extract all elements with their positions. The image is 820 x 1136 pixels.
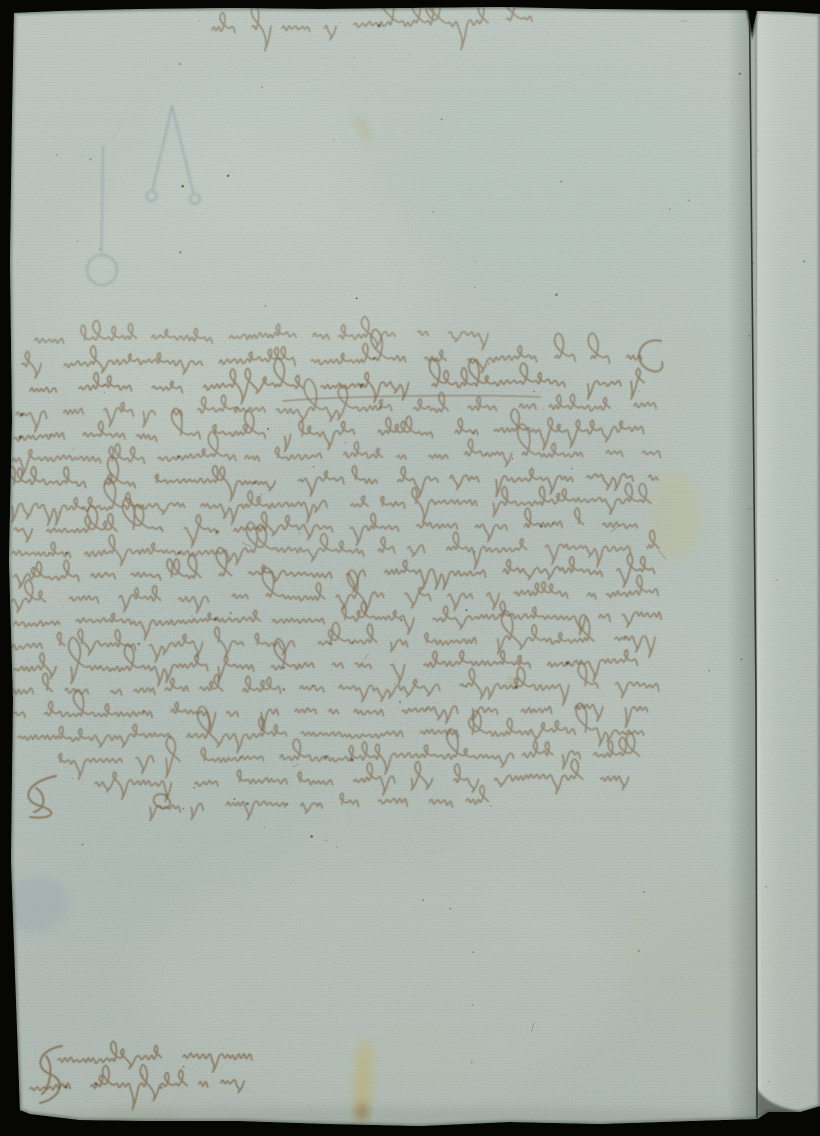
speck bbox=[72, 778, 74, 780]
speck bbox=[199, 20, 200, 21]
speck bbox=[394, 683, 395, 684]
speck bbox=[378, 93, 379, 94]
speck bbox=[356, 297, 358, 299]
ink-blot bbox=[177, 455, 180, 458]
speck bbox=[555, 293, 558, 296]
ink-blot bbox=[94, 1082, 97, 1085]
ink-blot bbox=[474, 551, 476, 553]
ink-blot bbox=[312, 685, 314, 687]
speck bbox=[246, 20, 247, 21]
speck bbox=[267, 428, 269, 430]
speck bbox=[593, 862, 594, 863]
speck bbox=[471, 1062, 473, 1064]
speck bbox=[299, 532, 301, 534]
ink-blot bbox=[426, 708, 428, 710]
manuscript-scan bbox=[0, 0, 820, 1136]
speck bbox=[441, 118, 443, 120]
speck bbox=[139, 143, 140, 144]
ink-blot bbox=[82, 508, 84, 510]
ink-blot bbox=[624, 636, 626, 638]
ink-blot bbox=[216, 530, 219, 533]
speck bbox=[490, 805, 492, 807]
speck bbox=[474, 287, 475, 288]
ink-blot bbox=[485, 454, 487, 456]
speck bbox=[449, 908, 451, 910]
speck bbox=[422, 899, 424, 901]
speck bbox=[638, 950, 640, 952]
speck bbox=[638, 390, 640, 392]
ink-blot bbox=[283, 667, 285, 669]
speck bbox=[73, 449, 75, 451]
speck bbox=[432, 211, 434, 213]
speck bbox=[234, 798, 236, 800]
speck bbox=[488, 363, 490, 365]
ink-blot bbox=[360, 384, 363, 387]
speck bbox=[674, 992, 675, 993]
speck bbox=[708, 670, 710, 672]
speck bbox=[89, 158, 91, 160]
speck bbox=[466, 686, 467, 687]
ink-blot bbox=[178, 552, 181, 555]
ink-blot bbox=[379, 407, 381, 409]
speck bbox=[230, 612, 233, 615]
speck bbox=[512, 458, 513, 459]
speck bbox=[344, 442, 345, 443]
speck bbox=[118, 365, 119, 366]
speck bbox=[465, 609, 467, 611]
speck bbox=[261, 494, 262, 495]
speck bbox=[560, 180, 562, 182]
speck bbox=[579, 278, 580, 279]
ink-blot bbox=[330, 643, 332, 645]
ink-blot bbox=[138, 643, 140, 645]
speck bbox=[310, 835, 313, 838]
speck bbox=[241, 503, 243, 505]
ink-blot bbox=[373, 357, 375, 359]
speck bbox=[27, 660, 28, 661]
ink-blot bbox=[253, 481, 256, 484]
speck bbox=[376, 317, 377, 318]
speck bbox=[472, 1004, 474, 1006]
speck bbox=[354, 56, 356, 58]
crease-shadow bbox=[727, 8, 757, 1122]
speck bbox=[474, 260, 476, 262]
ink-blot bbox=[103, 385, 105, 387]
speck bbox=[193, 787, 195, 789]
speck bbox=[571, 468, 573, 470]
ink-blot bbox=[566, 661, 570, 665]
ink-blot bbox=[400, 619, 402, 621]
ink-blot bbox=[65, 1086, 68, 1089]
ink-blot bbox=[98, 667, 99, 668]
ink-blot bbox=[378, 24, 381, 27]
speck bbox=[314, 645, 315, 646]
speck bbox=[178, 63, 180, 65]
speck bbox=[325, 839, 328, 842]
speck bbox=[336, 846, 338, 848]
fold-crease bbox=[727, 8, 820, 1122]
ink-blot bbox=[283, 688, 285, 690]
speck bbox=[472, 951, 474, 953]
speck bbox=[265, 305, 267, 307]
speck bbox=[220, 912, 221, 913]
speck bbox=[76, 239, 78, 241]
speck bbox=[191, 615, 193, 617]
ink-blot bbox=[325, 755, 328, 758]
speck bbox=[56, 154, 58, 156]
speck bbox=[141, 1074, 143, 1076]
ink-blot bbox=[214, 618, 217, 621]
speck bbox=[182, 1065, 184, 1067]
ink-blot bbox=[286, 803, 288, 805]
manuscript-scan-stage bbox=[0, 0, 820, 1136]
ink-blot bbox=[49, 434, 51, 436]
ink-blot bbox=[318, 803, 319, 804]
ink-blot bbox=[142, 710, 144, 712]
ink-blot bbox=[515, 686, 518, 689]
speck bbox=[242, 441, 243, 442]
speck bbox=[524, 1050, 525, 1051]
speck bbox=[688, 199, 690, 201]
speck bbox=[333, 139, 335, 141]
ink-blot bbox=[235, 406, 237, 408]
speck bbox=[99, 248, 100, 249]
speck bbox=[160, 528, 162, 530]
ink-blot bbox=[350, 758, 353, 761]
ink-blot bbox=[540, 525, 543, 528]
speck bbox=[179, 251, 181, 253]
ink-blot bbox=[48, 552, 50, 554]
speck bbox=[533, 391, 535, 393]
ink-blot bbox=[65, 552, 68, 555]
ink-blot bbox=[352, 642, 354, 644]
ink-blot bbox=[19, 436, 22, 439]
speck bbox=[542, 408, 543, 409]
ink-blot bbox=[240, 757, 242, 759]
speck bbox=[264, 826, 265, 827]
speck bbox=[669, 208, 671, 210]
ink-blot bbox=[473, 432, 475, 434]
speck bbox=[227, 175, 230, 178]
speck bbox=[313, 466, 315, 468]
speck bbox=[82, 844, 84, 846]
ink-blot bbox=[160, 1087, 162, 1089]
ink-blot bbox=[182, 808, 184, 810]
speck bbox=[643, 891, 645, 893]
speck bbox=[339, 22, 341, 24]
stain bbox=[509, 679, 514, 684]
fold-flap-highlight bbox=[758, 9, 820, 1121]
ink-blot bbox=[246, 802, 249, 805]
speck bbox=[399, 701, 402, 704]
speck bbox=[261, 87, 262, 88]
ink-blot bbox=[20, 413, 23, 416]
speck bbox=[104, 392, 106, 394]
ink-blot bbox=[552, 523, 554, 525]
speck bbox=[634, 1017, 636, 1019]
speck bbox=[58, 511, 60, 513]
stain bbox=[360, 1030, 480, 1090]
speck bbox=[435, 501, 437, 503]
speck bbox=[181, 185, 184, 188]
